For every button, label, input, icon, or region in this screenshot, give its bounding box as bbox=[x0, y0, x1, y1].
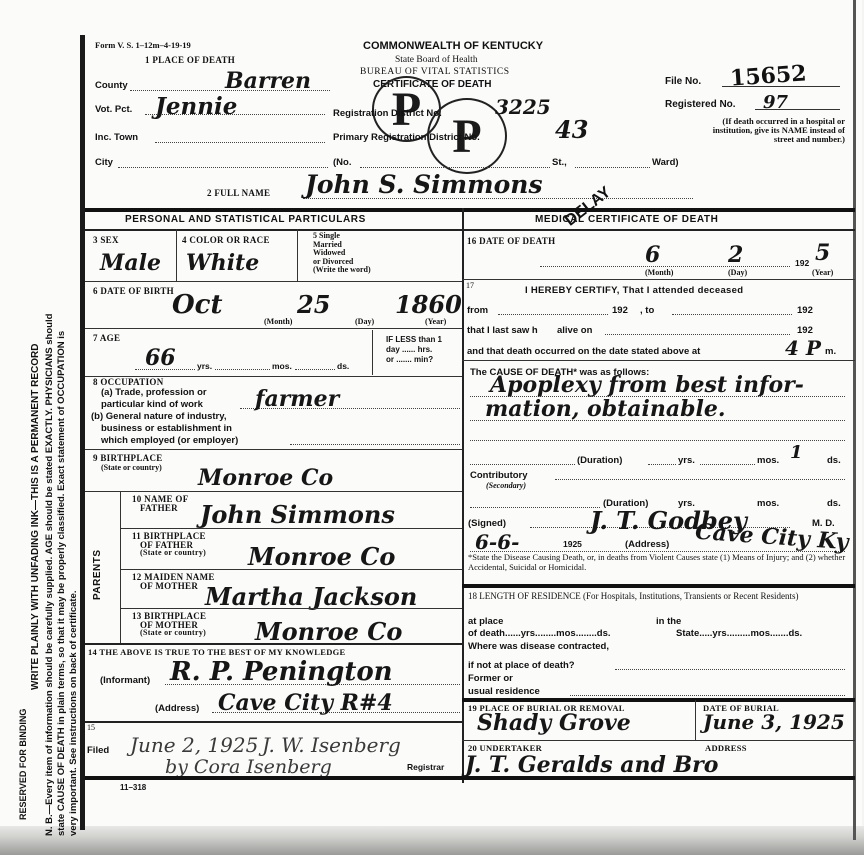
registrar-signature: J. W. Isenberg bbox=[262, 733, 401, 757]
last-saw-label: that I last saw h bbox=[467, 325, 538, 336]
county-label: County bbox=[95, 80, 128, 91]
certify-statement: I HEREBY CERTIFY, That I attended deceas… bbox=[525, 285, 743, 296]
certify-number: 17 bbox=[466, 281, 474, 290]
birthplace-sub-label: (State or country) bbox=[101, 463, 162, 472]
father-birthplace-label: 11 BIRTHPLACE OF FATHER (State or countr… bbox=[132, 532, 206, 558]
street-label: St., bbox=[552, 157, 567, 168]
m-label: m. bbox=[825, 346, 836, 357]
alive-year: 192 bbox=[797, 325, 813, 336]
usual-residence-label: usual residence bbox=[468, 686, 540, 697]
duration-2-ds: ds. bbox=[827, 498, 841, 509]
contributory-label: Contributory bbox=[470, 470, 528, 481]
duration-days-value: 1 bbox=[790, 442, 803, 463]
occupation-b-line-1: (b) General nature of industry, bbox=[91, 411, 226, 422]
file-no-label: File No. bbox=[665, 76, 701, 87]
burial-date-value: June 3, 1925 bbox=[703, 710, 845, 734]
mother-birthplace-label: 13 BIRTHPLACE OF MOTHER (State or countr… bbox=[132, 612, 206, 638]
margin-note-line-2: state CAUSE OF DEATH in plain terms, so … bbox=[56, 331, 67, 836]
duration-yrs: yrs. bbox=[678, 455, 695, 466]
cause-footnote: *State the Disease Causing Death, or, in… bbox=[468, 553, 853, 572]
full-name-value: John S. Simmons bbox=[305, 170, 543, 199]
age-ds-caption: ds. bbox=[337, 361, 349, 371]
undertaker-value: J. T. Geralds and Bro bbox=[465, 752, 718, 778]
registered-no-label: Registered No. bbox=[665, 99, 736, 110]
duration-label: (Duration) bbox=[577, 455, 622, 466]
informant-label: (Informant) bbox=[100, 675, 150, 686]
right-border bbox=[853, 0, 856, 840]
signed-year: 1925 bbox=[563, 539, 582, 549]
ward-label: Ward) bbox=[652, 157, 679, 168]
cause-of-death-line-2: mation, obtainable. bbox=[485, 396, 726, 422]
dob-year: 1860 bbox=[395, 290, 462, 319]
disease-contracted-label: Where was disease contracted, bbox=[468, 641, 609, 652]
at-place-label: at place bbox=[468, 616, 503, 627]
residence-label: 18 LENGTH OF RESIDENCE (For Hospitals, I… bbox=[468, 590, 853, 602]
form-code: 11–318 bbox=[120, 783, 146, 792]
occurred-time: 4 P bbox=[785, 336, 821, 360]
father-name-value: John Simmons bbox=[200, 500, 395, 529]
county-value: Barren bbox=[225, 68, 311, 94]
sex-label: 3 SEX bbox=[93, 235, 119, 245]
registered-no-value: 97 bbox=[763, 92, 788, 113]
margin-note-line-1: N. B.—Every item of information should b… bbox=[44, 314, 55, 836]
dod-year-prefix: 192 bbox=[795, 258, 809, 268]
color-race-label: 4 COLOR OR RACE bbox=[182, 235, 270, 245]
parents-label: PARENTS bbox=[92, 549, 103, 600]
filed-section-number: 15 bbox=[87, 723, 95, 732]
dob-label: 6 DATE OF BIRTH bbox=[93, 286, 174, 296]
from-year: 192 bbox=[612, 305, 628, 316]
informant-address-value: Cave City R#4 bbox=[218, 690, 393, 716]
registration-district-label: Registration District No. bbox=[333, 108, 442, 119]
dod-label: 16 DATE OF DEATH bbox=[467, 236, 555, 246]
occupation-b-line-2: business or establishment in bbox=[101, 423, 232, 434]
dod-day: 2 bbox=[728, 242, 743, 268]
dob-day: 25 bbox=[297, 290, 330, 319]
primary-district-value: 43 bbox=[555, 115, 588, 144]
signed-label: (Signed) bbox=[468, 518, 506, 529]
informant-value: R. P. Penington bbox=[170, 657, 393, 687]
informant-statement: 14 THE ABOVE IS TRUE TO THE BEST OF MY K… bbox=[88, 647, 346, 657]
vot-pct-value: Jennie bbox=[155, 93, 237, 120]
vot-pct-label: Vot. Pct. bbox=[95, 104, 132, 115]
bureau-name: BUREAU OF VITAL STATISTICS bbox=[360, 67, 510, 77]
board-name: State Board of Health bbox=[395, 55, 478, 65]
cause-of-death-line-1: Apoplexy from best infor- bbox=[490, 372, 804, 398]
informant-address-label: (Address) bbox=[155, 703, 199, 714]
file-no-value: 15652 bbox=[729, 60, 807, 91]
occupation-a-line-1: (a) Trade, profession or bbox=[101, 387, 207, 398]
age-label: 7 AGE bbox=[93, 333, 120, 343]
not-at-place-label: if not at place of death? bbox=[468, 660, 575, 671]
occupation-label: 8 OCCUPATION bbox=[93, 377, 164, 387]
color-race-value: White bbox=[186, 250, 259, 276]
marital-status-label: 5 Single Married Widowed or Divorced (Wr… bbox=[313, 232, 371, 275]
registrar-label: Registrar bbox=[407, 762, 444, 772]
duration-mos: mos. bbox=[757, 455, 779, 466]
dob-month-caption: (Month) bbox=[264, 317, 292, 326]
to-year: 192 bbox=[797, 305, 813, 316]
dod-year-suffix: 5 bbox=[815, 240, 830, 266]
dob-day-caption: (Day) bbox=[355, 317, 374, 326]
city-label: City bbox=[95, 157, 113, 168]
occurred-label: and that death occurred on the date stat… bbox=[467, 346, 700, 357]
from-label: from bbox=[467, 305, 488, 316]
burial-place-value: Shady Grove bbox=[477, 710, 631, 736]
mother-name-label: 12 MAIDEN NAME OF MOTHER bbox=[132, 573, 215, 591]
dob-year-caption: (Year) bbox=[425, 317, 446, 326]
to-label: , to bbox=[640, 305, 654, 316]
duration-2-mos: mos. bbox=[757, 498, 779, 509]
street-no-label: (No. bbox=[333, 157, 351, 168]
place-of-death-label: 1 PLACE OF DEATH bbox=[145, 55, 235, 65]
registrar-by-signature: by Cora Isenberg bbox=[165, 756, 332, 778]
institution-note: (If death occurred in a hospital or inst… bbox=[697, 117, 845, 144]
registration-district-value: 3225 bbox=[495, 95, 551, 119]
age-mos-caption: mos. bbox=[272, 361, 292, 371]
mother-name-value: Martha Jackson bbox=[205, 582, 417, 611]
duration-ds: ds. bbox=[827, 455, 841, 466]
margin-note-line-3: very important. See instructions on back… bbox=[68, 591, 79, 836]
occupation-a-line-2: particular kind of work bbox=[101, 399, 203, 410]
mother-birthplace-value: Monroe Co bbox=[255, 617, 402, 646]
primary-district-label: Primary Registration District No. bbox=[333, 132, 480, 143]
contributory-sub-label: (Secondary) bbox=[486, 481, 526, 490]
former-label: Former or bbox=[468, 673, 513, 684]
filed-date-value: June 2, 1925 bbox=[130, 733, 258, 757]
state-residence-label: State.....yrs.........mos.......ds. bbox=[676, 628, 802, 639]
less-than-day-label: IF LESS than 1 day ...... hrs. or ......… bbox=[386, 335, 442, 365]
filed-label: Filed bbox=[87, 745, 109, 756]
occupation-value: farmer bbox=[255, 386, 339, 412]
dod-day-caption: (Day) bbox=[728, 268, 747, 277]
scan-shadow bbox=[0, 826, 864, 855]
personal-section-title: PERSONAL AND STATISTICAL PARTICULARS bbox=[125, 214, 366, 225]
sex-value: Male bbox=[100, 250, 161, 276]
occupation-b-line-3: which employed (or employer) bbox=[101, 435, 238, 446]
state-title: COMMONWEALTH OF KENTUCKY bbox=[363, 40, 543, 52]
birthplace-value: Monroe Co bbox=[198, 465, 333, 491]
dob-month: Oct bbox=[172, 290, 223, 320]
margin-write-plainly: WRITE PLAINLY WITH UNFADING INK—THIS IS … bbox=[30, 344, 41, 691]
father-birthplace-value: Monroe Co bbox=[248, 542, 395, 571]
inc-town-label: Inc. Town bbox=[95, 132, 138, 143]
left-border bbox=[80, 35, 85, 830]
full-name-label: 2 FULL NAME bbox=[207, 188, 270, 198]
age-years-value: 66 bbox=[145, 345, 176, 371]
of-death-label: of death......yrs........mos........ds. bbox=[468, 628, 611, 639]
in-the-label: in the bbox=[656, 616, 681, 627]
dod-month: 6 bbox=[645, 242, 660, 268]
birthplace-label: 9 BIRTHPLACE bbox=[93, 453, 163, 463]
age-yrs-caption: yrs. bbox=[197, 361, 212, 371]
father-name-label: 10 NAME OF FATHER bbox=[132, 495, 189, 513]
dod-year-caption: (Year) bbox=[812, 268, 833, 277]
margin-binding-note: RESERVED FOR BINDING bbox=[18, 709, 28, 820]
dod-month-caption: (Month) bbox=[645, 268, 673, 277]
physician-address-label: (Address) bbox=[625, 539, 669, 550]
form-number: Form V. S. 1–12m–4-19-19 bbox=[95, 40, 191, 50]
alive-on-label: alive on bbox=[557, 325, 592, 336]
